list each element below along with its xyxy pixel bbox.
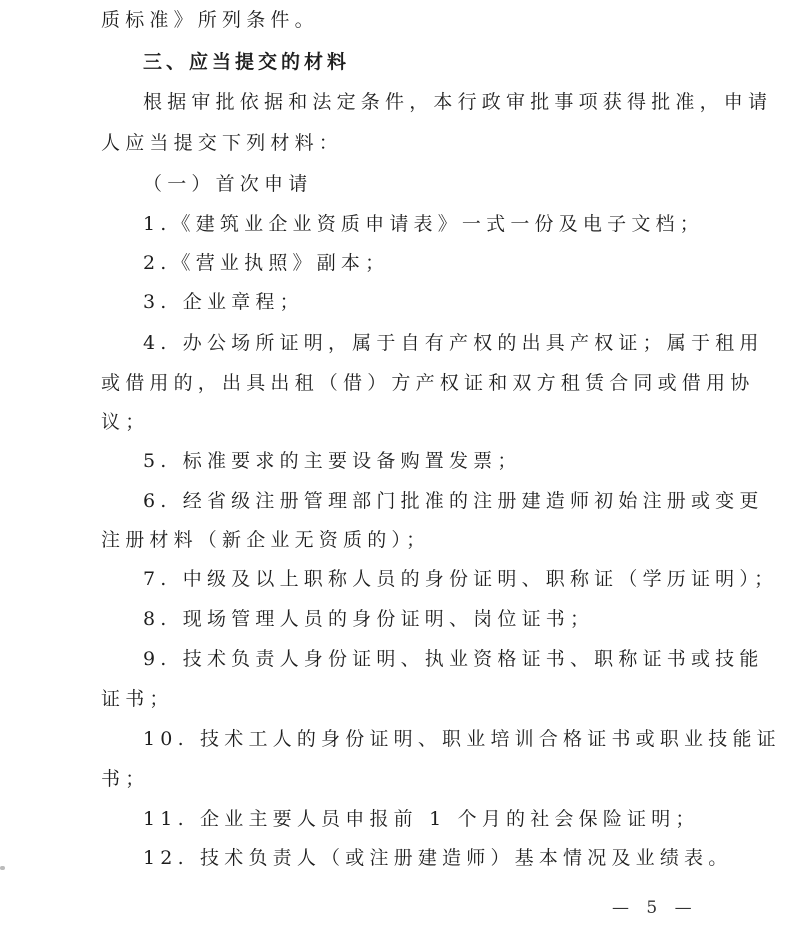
list-item: 9. 技术负责人身份证明、执业资格证书、职称证书或技能: [143, 647, 764, 671]
list-item: 2.《营业执照》副本；: [143, 251, 389, 275]
list-item: 5. 标准要求的主要设备购置发票；: [143, 449, 522, 473]
list-item: 10. 技术工人的身份证明、职业培训合格证书或职业技能证: [143, 727, 781, 751]
paragraph-line: 人应当提交下列材料：: [101, 131, 343, 155]
list-item-continuation: 注册材料（新企业无资质的）；: [101, 528, 430, 552]
list-item: 4. 办公场所证明，属于自有产权的出具产权证；属于租用: [143, 331, 764, 355]
list-item: 12. 技术负责人（或注册建造师）基本情况及业绩表。: [143, 846, 732, 870]
list-item-continuation: 书；: [101, 767, 149, 791]
subsection-heading: （一）首次申请: [143, 172, 312, 196]
list-item: 1.《建筑业企业资质申请表》一式一份及电子文档；: [143, 212, 704, 236]
list-item-continuation: 或借用的，出具出租（借）方产权证和双方租赁合同或借用协: [101, 371, 754, 395]
list-item: 8. 现场管理人员的身份证明、岗位证书；: [143, 607, 594, 631]
paragraph-line: 根据审批依据和法定条件，本行政审批事项获得批准，申请: [143, 90, 772, 114]
paragraph-continuation: 质标准》所列条件。: [101, 8, 319, 32]
list-item-continuation: 议；: [101, 410, 149, 434]
page-number: — 5 —: [612, 898, 698, 918]
document-page: 质标准》所列条件。 三、应当提交的材料 根据审批依据和法定条件，本行政审批事项获…: [0, 0, 788, 927]
list-item: 6. 经省级注册管理部门批准的注册建造师初始注册或变更: [143, 489, 764, 513]
list-item-continuation: 证书；: [101, 687, 174, 711]
list-item: 11. 企业主要人员申报前 1 个月的社会保险证明；: [143, 807, 700, 831]
list-item: 3. 企业章程；: [143, 290, 304, 314]
section-heading: 三、应当提交的材料: [143, 50, 350, 74]
scan-speck: [0, 866, 5, 870]
list-item: 7. 中级及以上职称人员的身份证明、职称证（学历证明）；: [143, 567, 778, 591]
